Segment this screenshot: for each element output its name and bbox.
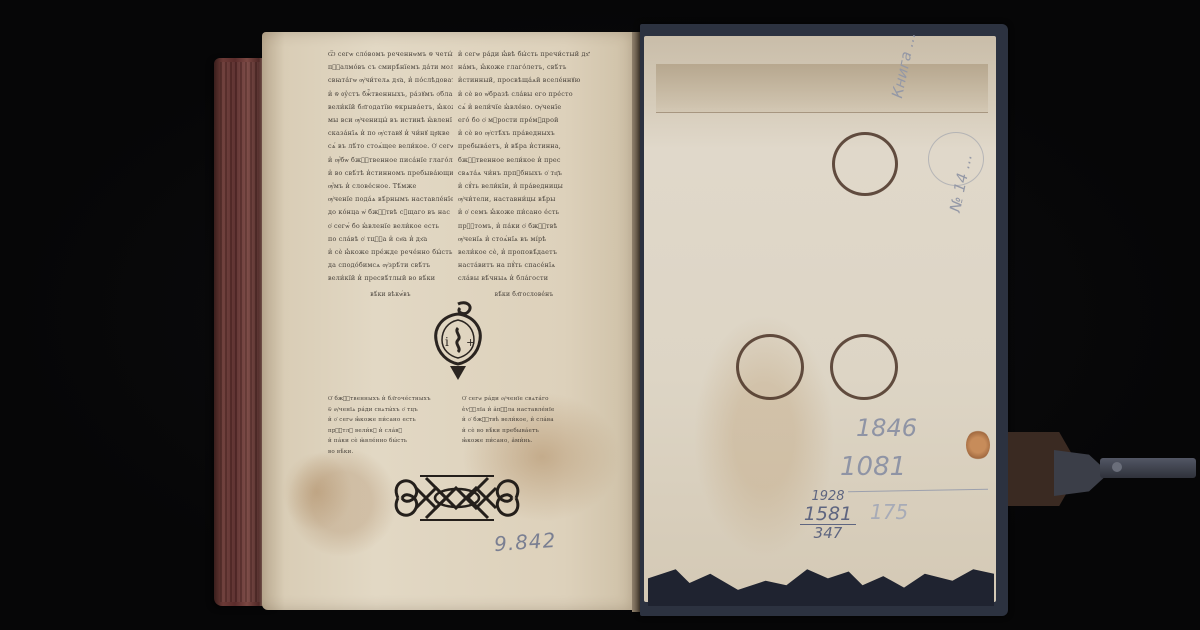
text-line: Ѻ̓ бжⷭ҇твенныхъ и̓ бл҃гоче́стныхъ [328, 394, 452, 405]
handwritten-fraction: 1928 1581 347 [800, 490, 856, 542]
text-line: и̓ ѻ̓ сегѡ ꙗ̓́коже пи́сано есть [328, 415, 452, 426]
text-column-2: и̓ сегѡ ра́ди ꙗ̓́вѣ бы́сть пречи́стый дх… [458, 48, 590, 318]
text-line: и̓ ѻ̓ бжⷭ҇твѣ вели́кое, и̓ сла́ва [462, 415, 590, 426]
folded-paper-strip [656, 64, 988, 113]
text-line: и̓ ѻ̓ семъ ꙗ̓́коже пи́сано е́сть [458, 206, 590, 219]
text-line: мы вси ѹ̓ченицы́ въ истинѣ ꙗ̓вленї [328, 114, 453, 127]
text-column-3: Ѻ̓ бжⷭ҇твенныхъ и̓ бл҃гоче́стныхъ ѿ ѹ̓че… [328, 394, 452, 474]
handwritten-number: 1081 [840, 452, 906, 482]
fraction-bottom: 347 [800, 525, 856, 542]
text-line: и̓ сегѡ ра́ди ꙗ̓́вѣ бы́сть пречи́стый дх… [458, 48, 590, 61]
text-line: прⷭ҇томъ, и̓ па́ки ѻ̓ бжⷭ҇твѣ [458, 220, 590, 233]
stain-ring [832, 132, 898, 196]
svg-text:i: i [445, 335, 449, 349]
text-line: сказа́нїѧ и̓ по ѹ̓ставꙋ и̓ чи́нꙋ цр҃кве [328, 127, 453, 140]
text-line: да сподо́бимсѧ ѹ̓зрѣ́ти свѣ́тъ [328, 259, 453, 272]
text-line: и̓стинный, просвѣща́ѧй вселе́ннꙋю [458, 74, 590, 87]
stain-ring [736, 334, 804, 400]
fraction-middle: 1581 [800, 504, 856, 525]
text-line: ѻ̓ сегѡ́ бо ꙗ̓вленїе вели́кое есть [328, 220, 453, 233]
text-line: во вѣ́ки. [328, 447, 452, 458]
text-column-4: Ѻ̓ сегѡ ра́ди ѹ̓ченїе свѧта́го е̓ѵⷢ҇лїа … [462, 394, 590, 474]
text-line: е̓ѵⷢ҇лїа и̓ а̓пⷭ҇ла наставле́нїе [462, 405, 590, 416]
text-line: на́мъ, ꙗ̓́коже глаго́летъ, свѣ́тъ [458, 61, 590, 74]
text-column-1: Ѿ сегѡ сло́вомъ реченнѡмъ ѿ четы́рехъ пⷭ… [328, 48, 453, 318]
text-line: вели́кїй бл҃годатїю ѿкрыва́етъ, ꙗ̓́коже [328, 101, 453, 114]
text-line: и̓ сѐ во вѣ́ки пребыва́етъ [462, 426, 590, 437]
text-line: и̓ сѐ во ѹ̓стѣ́хъ пра́ведныхъ [458, 127, 590, 140]
stain-spot [966, 430, 990, 460]
text-line: наста́витъ на пꙋ́ть спасе́нїѧ [458, 259, 590, 272]
text-line: Ѿ сегѡ сло́вомъ реченнѡмъ ѿ четы́рехъ [328, 48, 453, 61]
stain-ring [830, 334, 898, 400]
text-line: прⷭ҇тлꙋ вели́кꙋ и̓ сла́вꙋ [328, 426, 452, 437]
text-line: ѹ̓́мъ и̓ слове́сное. Тѣ́мже [328, 180, 453, 193]
text-line: и̓ сѐ ꙗ̓́коже пре́жде рече́нно бы́сть [328, 246, 453, 259]
handwritten-shelf-mark: 9.842 [493, 528, 557, 556]
text-line: по сла́вѣ ѻ̓ тцⷭ҇а и̓ сн҃а и̓ дх҃а [328, 233, 453, 246]
printers-device-emblem-icon: i + [430, 300, 486, 386]
left-page: Ѿ сегѡ сло́вомъ реченнѡмъ ѿ четы́рехъ пⷭ… [262, 32, 640, 610]
text-line: сѧ́ въ лѣ́то стоѧ́щее вели́кое. Ѻ̓ сегѡ [328, 140, 453, 153]
text-line: и̓ сꙋ́ть вели́кїи, и̓ пра́ведницы [458, 180, 590, 193]
text-line: и̓ сѐ во ѡ̓бразѣ сла́вы его пре́сто [458, 88, 590, 101]
text-line: бжⷭ҇твенное вели́кое и̓ прес [458, 154, 590, 167]
handwritten-number: 1846 [856, 414, 917, 442]
fraction-top: 1928 [800, 490, 856, 504]
text-line: сла́вы вѣ́чныѧ и̓ бла́гости [458, 272, 590, 285]
text-line: до ко́нца ѡ̓ бжⷭ҇твѣ сꙋщаго въ нас [328, 206, 453, 219]
interlace-ornament-icon [390, 470, 524, 526]
text-line: и̓ па́ки сѐ ꙗ̓вле́нно бы́сть [328, 436, 452, 447]
text-line: Ѻ̓ сегѡ ра́ди ѹ̓ченїе свѧта́го [462, 394, 590, 405]
text-line: пⷭ҇алмо́въ съ смирѣ́нїемъ да́ти молитвꙋ [328, 61, 453, 74]
text-line: ѹ̓ченїѧ и̓ стоѧ́нїѧ въ мі́рѣ [458, 233, 590, 246]
text-line: ѿ ѹ̓ченїѧ ра́ди свѧты́хъ ѻ̓ тцъ [328, 405, 452, 416]
text-line: сѧ́ и̓ вели́чїе ꙗ̓вле́но. Ѹ̓ченїе [458, 101, 590, 114]
text-line: и̓ ѹ̓́бѡ бжⷭ҇твенное писа́нїе глаго́летъ [328, 154, 453, 167]
text-line: ѹ̓чи́тели, наставни́цы вѣ́ры [458, 193, 590, 206]
svg-text:+: + [466, 336, 475, 349]
text-line: пребыва́етъ, и̓ вѣ́ра и̓стинна, [458, 140, 590, 153]
text-line: вели́кое сѐ, и̓ проповѣ́даетъ [458, 246, 590, 259]
handwritten-faint-number: 175 [870, 500, 908, 524]
text-line: и̓ во свѣ́тѣ и̓стинномъ пребыва́ющи [328, 167, 453, 180]
clasp-rivet-icon [1112, 462, 1122, 472]
text-line: вели́кїй и̓ пресвѣ́тлый во вѣ́ки [328, 272, 453, 285]
text-caption: вѣ́ки вѣкѡ́въ [328, 288, 453, 301]
text-line: его́ бо ѻ̓ мⷣрости пре́мꙋдрой [458, 114, 590, 127]
text-line: и̓ ѿ ᲂу̓стъ бжⷭ҇твенныхъ, ра́зꙋмъ ѻ̓бла [328, 88, 453, 101]
text-line: ꙗ̓́коже пи́сано, а̓ми́нь. [462, 436, 590, 447]
text-line: ѹ̓ченїе пода́ѧ вѣ́рнымъ наставле́нїе [328, 193, 453, 206]
text-line: свѧта́ѧ чи́нъ прпⷣбныхъ ѻ̓ тц҃ъ [458, 167, 590, 180]
text-line: свꙗта́гѡ ѹ̓чи́телѧ дх҃а, и̓ по́слѣдовати [328, 74, 453, 87]
text-caption: вѣ́ки бл҃гослове́нъ [458, 288, 590, 301]
